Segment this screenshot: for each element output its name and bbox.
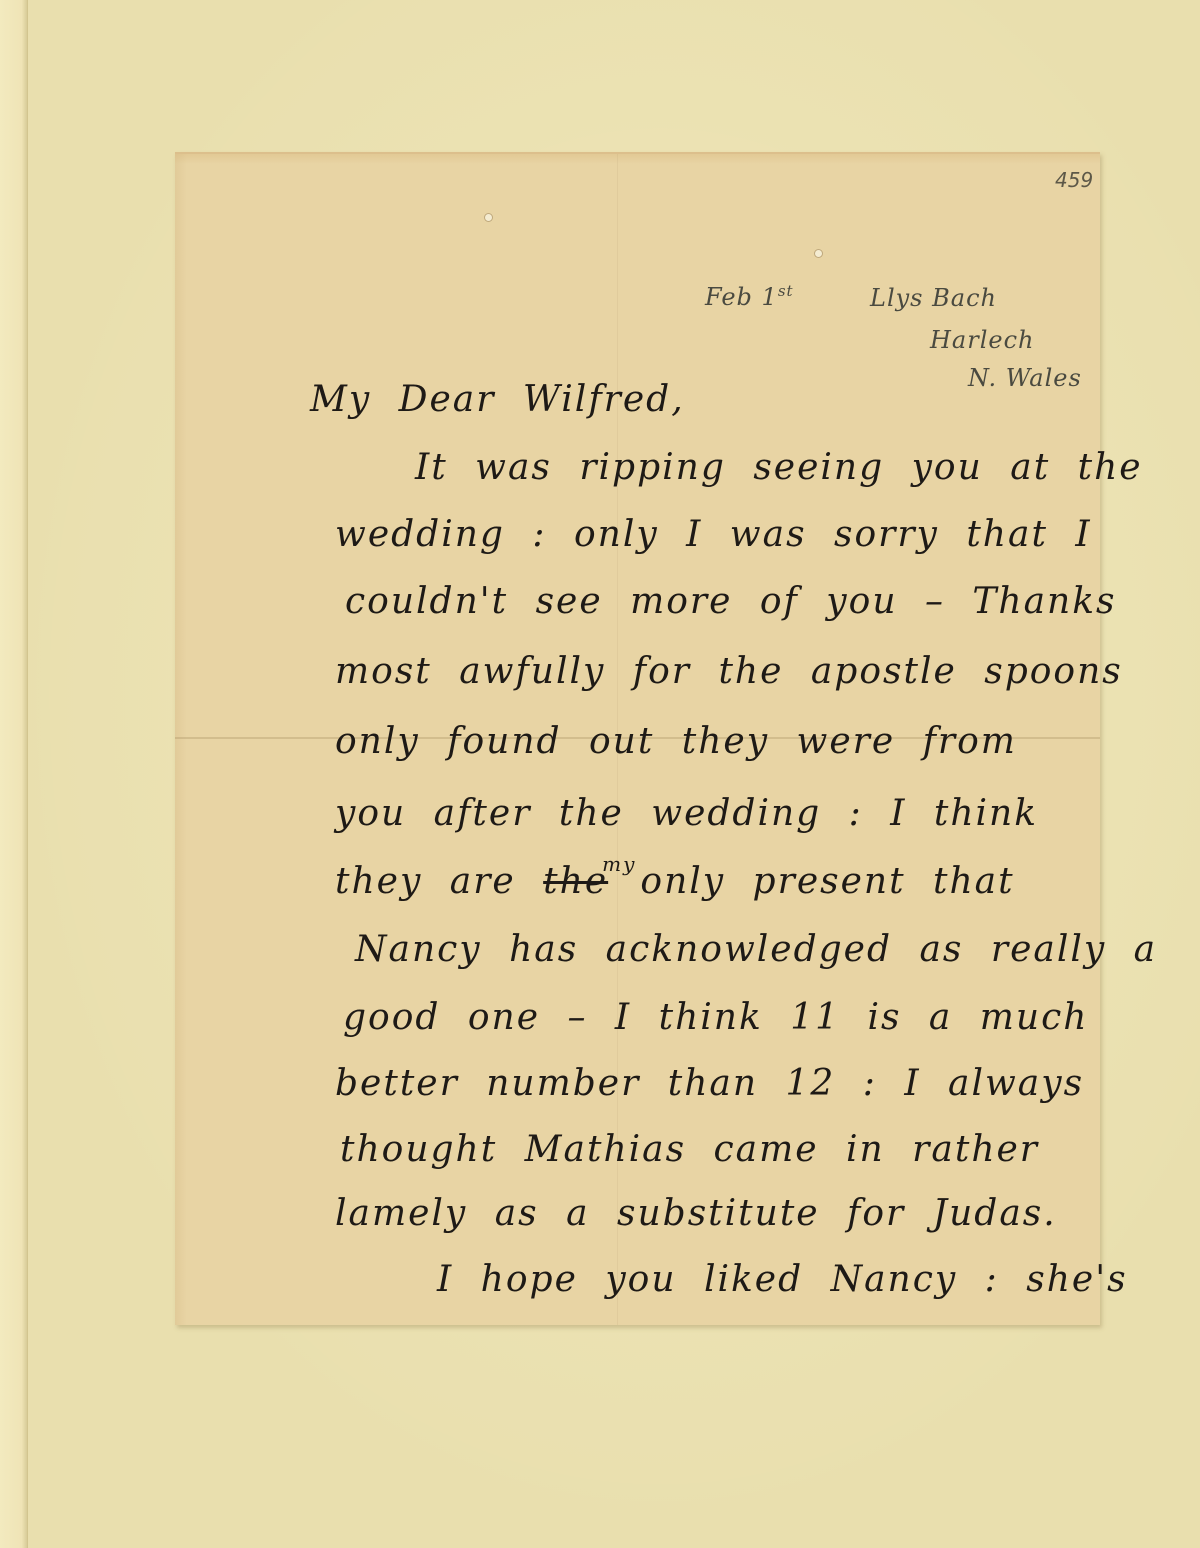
date-text: Feb 1: [705, 283, 778, 311]
letter-line-with-correction: they are themyonly present that: [335, 864, 1015, 900]
letter-line: Nancy has acknowledged as really a: [355, 932, 1157, 968]
letter-line: only found out they were from: [335, 724, 1017, 760]
punch-hole: [815, 250, 822, 257]
letter-date: Feb 1st: [705, 282, 794, 311]
line-text-before: they are: [335, 861, 516, 902]
letter-line: lamely as a substitute for Judas.: [335, 1196, 1057, 1232]
struck-out-word: the: [543, 861, 608, 902]
letter-page: 459 Feb 1st Llys Bach Harlech N. Wales M…: [175, 152, 1100, 1325]
date-ordinal: st: [778, 282, 794, 300]
letter-line: thought Mathias came in rather: [340, 1132, 1039, 1168]
address-line-1: Llys Bach: [870, 284, 997, 312]
folio-number: 459: [1055, 168, 1093, 192]
mat-edge-strip: [0, 0, 28, 1548]
letter-line: most awfully for the apostle spoons: [335, 654, 1123, 690]
letter-line: I hope you liked Nancy : she's: [437, 1262, 1128, 1298]
line-text-after: only present that: [640, 861, 1014, 902]
salutation: My Dear Wilfred,: [310, 382, 685, 418]
letter-line: couldn't see more of you – Thanks: [345, 584, 1117, 620]
letter-line: It was ripping seeing you at the: [415, 450, 1143, 486]
inserted-word: my: [602, 852, 636, 876]
punch-hole: [485, 214, 492, 221]
letter-line: wedding : only I was sorry that I: [335, 517, 1092, 553]
letter-line: better number than 12 : I always: [335, 1066, 1084, 1102]
letter-line: you after the wedding : I think: [335, 796, 1038, 832]
letter-line: good one – I think 11 is a much: [343, 1000, 1088, 1036]
address-line-3: N. Wales: [968, 364, 1082, 392]
address-line-2: Harlech: [930, 326, 1035, 354]
